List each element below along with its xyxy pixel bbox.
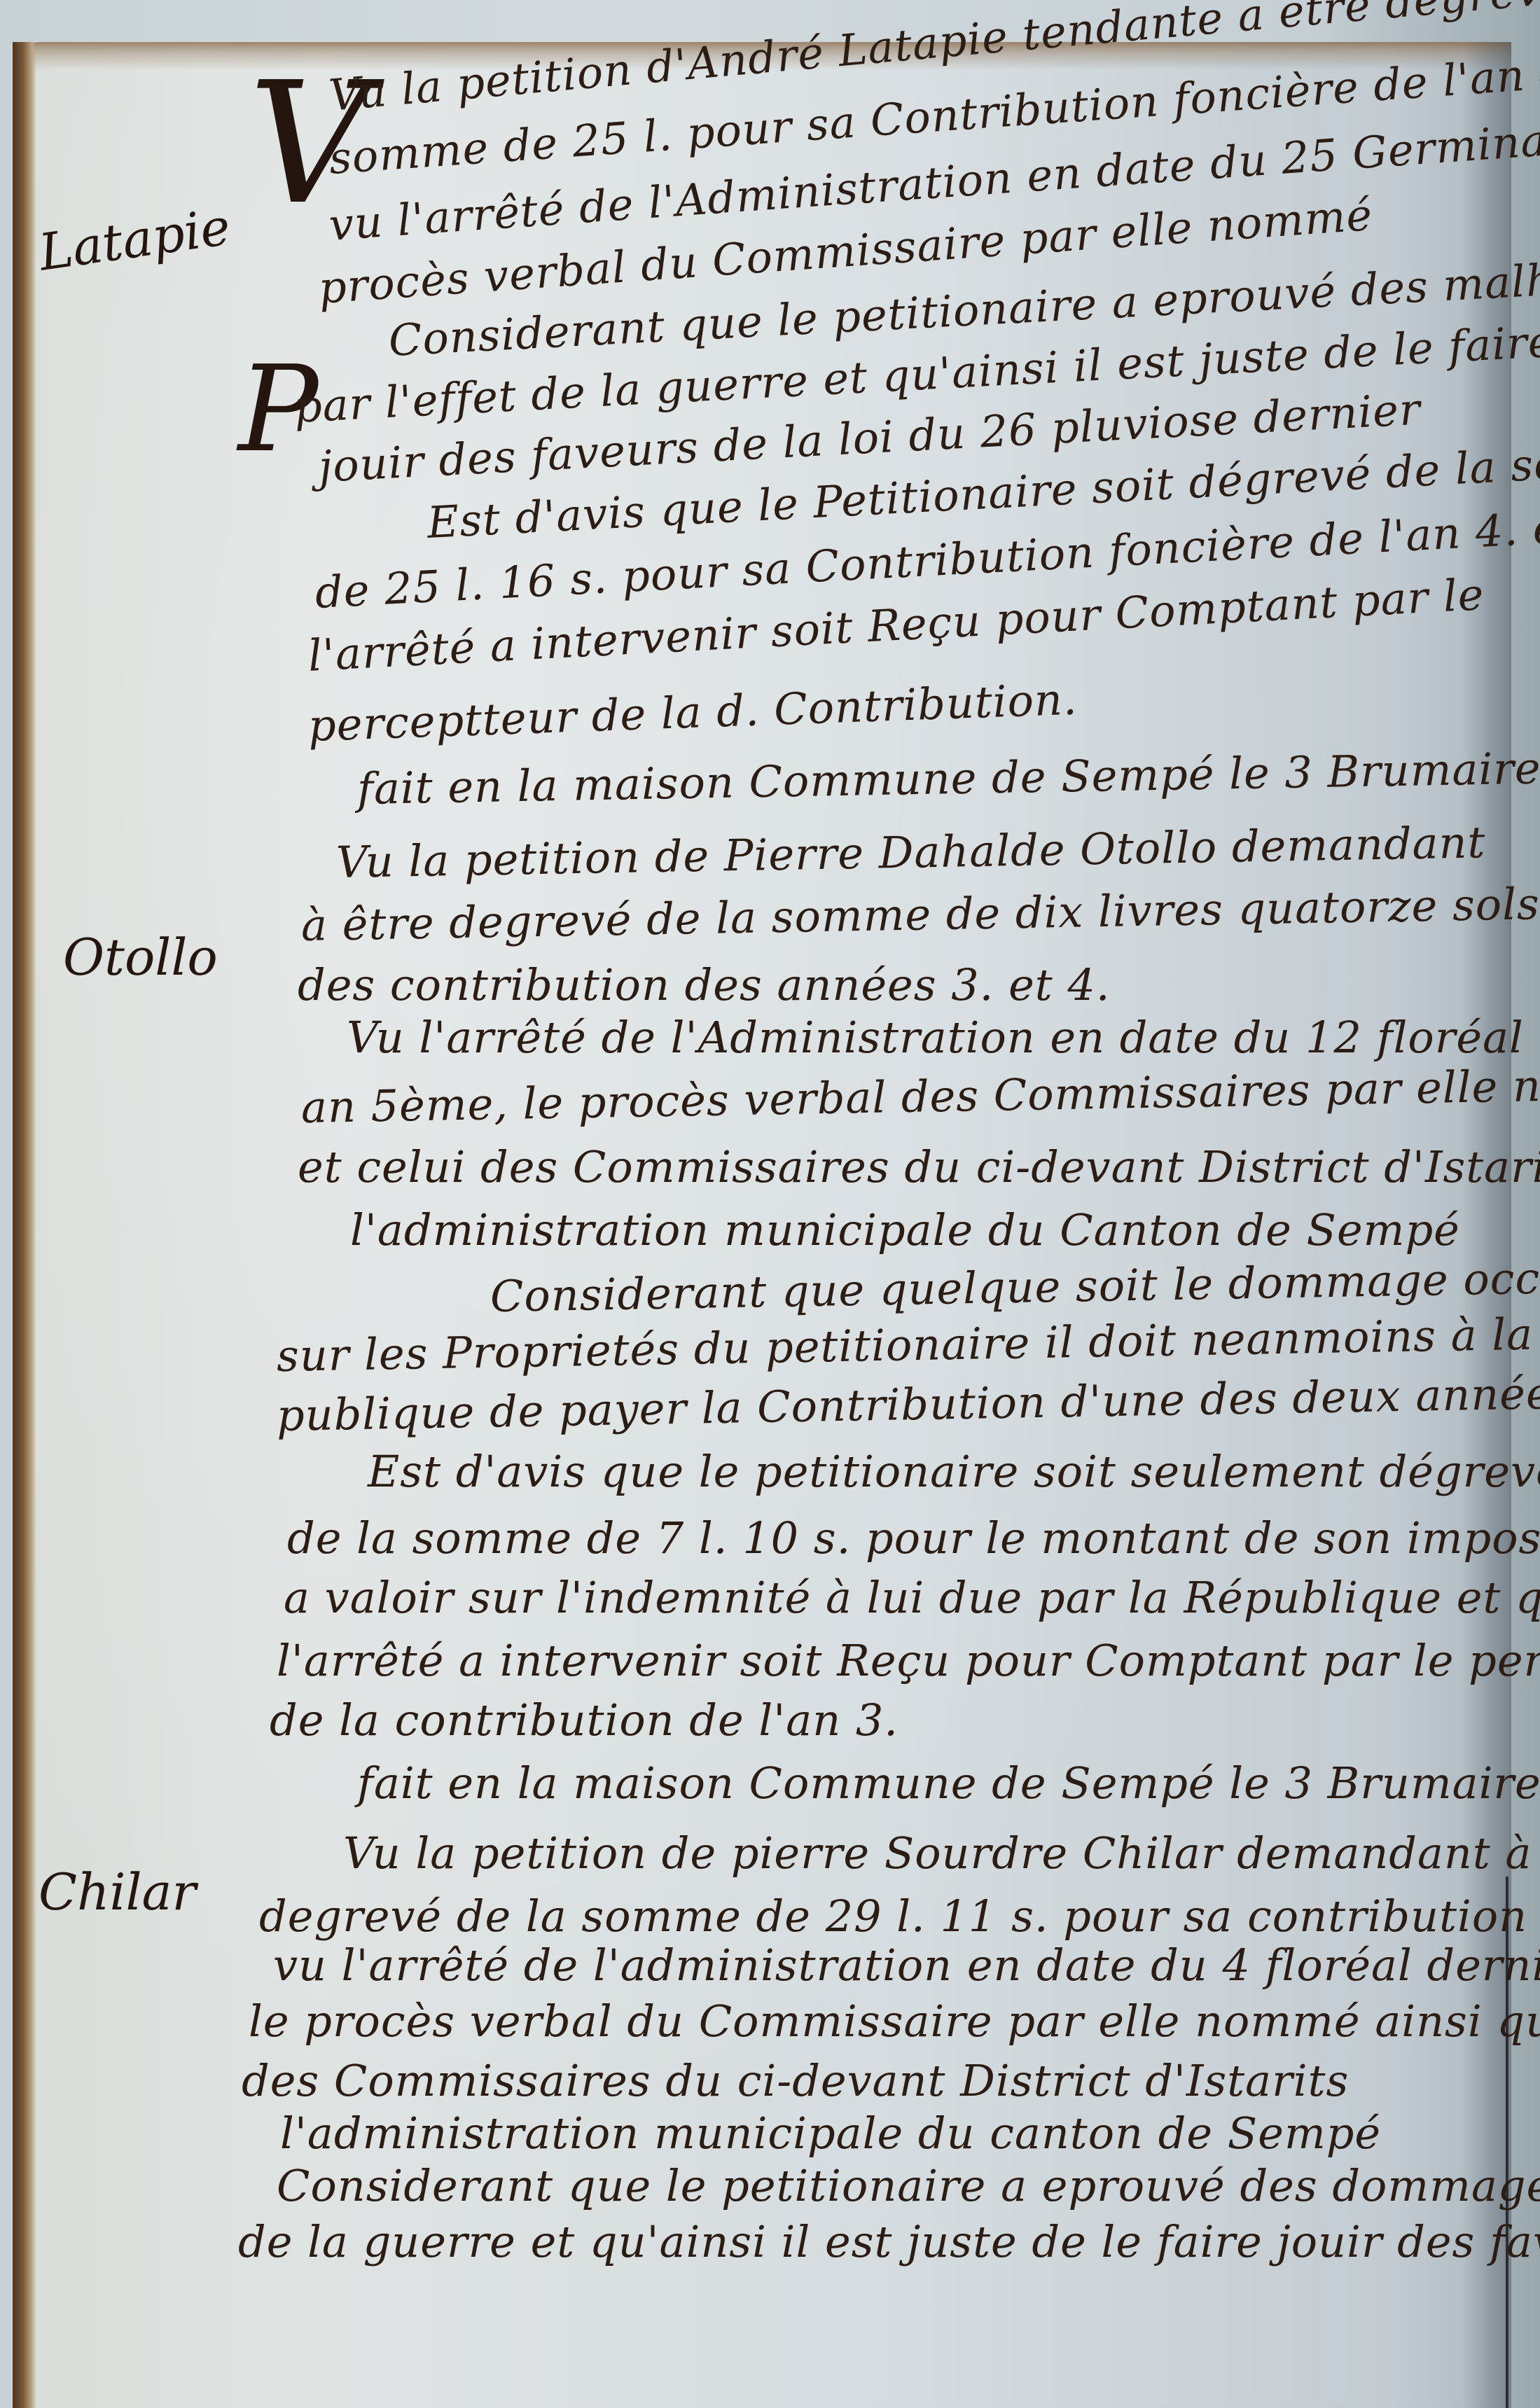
text-line: degrevé de la somme de 29 l. 11 s. pour … xyxy=(259,1891,1540,1942)
text-line: a valoir sur l'indemnité à lui due par l… xyxy=(284,1572,1540,1623)
page-right-shadow xyxy=(1462,42,1511,2408)
text-line: Considerant que le petitionaire a eprouv… xyxy=(277,2160,1540,2211)
text-line: fait en la maison Commune de Sempé le 3 … xyxy=(357,1758,1540,1809)
text-line: l'administration municipale du Canton de… xyxy=(350,1204,1460,1255)
text-line: de la contribution de l'an 3. xyxy=(270,1694,899,1746)
text-line: et celui des Commissaires du ci-devant D… xyxy=(298,1141,1540,1192)
margin-name-chilar: Chilar xyxy=(39,1863,196,1921)
binding-spine xyxy=(13,42,36,2408)
text-line: des Commissaires du ci-devant District d… xyxy=(242,2055,1349,2106)
text-line: de la somme de 7 l. 10 s. pour le montan… xyxy=(287,1512,1540,1564)
text-line: l'administration municipale du canton de… xyxy=(280,2108,1381,2159)
margin-name-otollo: Otollo xyxy=(63,928,218,987)
text-line: le procès verbal du Commissaire par elle… xyxy=(249,1996,1540,2047)
text-line: vu l'arrêté de l'administration en date … xyxy=(273,1940,1540,1991)
text-line: Vu l'arrêté de l'Administration en date … xyxy=(347,1012,1524,1063)
text-line: Est d'avis que le petitionaire soit seul… xyxy=(368,1446,1540,1497)
text-line: Vu la petition de pierre Sourdre Chilar … xyxy=(343,1828,1540,1879)
text-line: des contribution des années 3. et 4. xyxy=(298,959,1111,1010)
text-line: l'arrêté a intervenir soit Reçu pour Com… xyxy=(277,1635,1540,1686)
text-line: de la guerre et qu'ainsi il est juste de… xyxy=(238,2216,1540,2267)
